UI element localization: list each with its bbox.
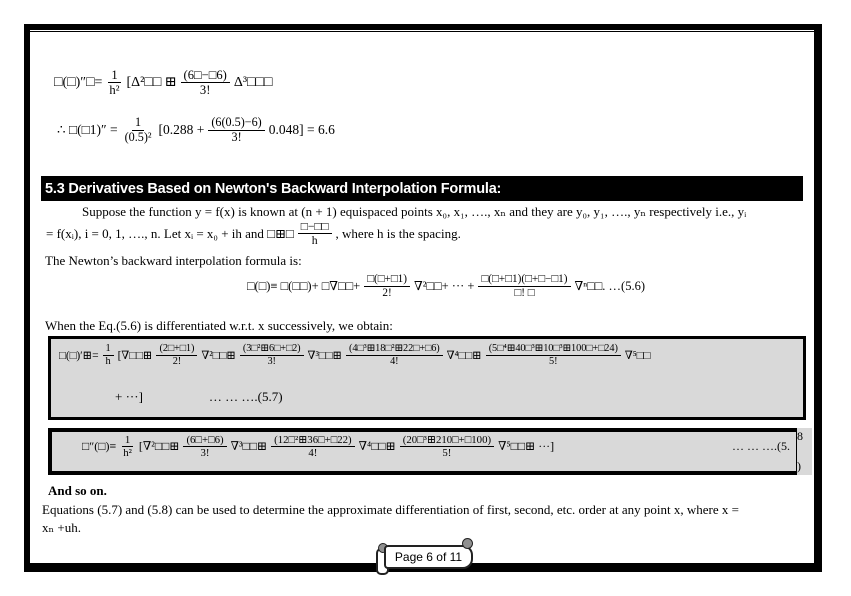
formula-segment: ∇⁴□□⊞ bbox=[357, 439, 398, 454]
formula-segment: □(□)″□= bbox=[52, 75, 104, 91]
overflow-paren: ) bbox=[797, 459, 812, 474]
formula-segment: Δ³□□□ bbox=[232, 75, 275, 91]
formula-segment: [Δ²□□ ⊞ bbox=[125, 74, 179, 91]
intro-line2-post: , where h is the spacing. bbox=[334, 226, 463, 242]
formula-segment: ∇⁵□□⊞ ···] bbox=[496, 439, 556, 454]
fraction: (6□−□6) 3! bbox=[181, 68, 230, 98]
differentiation-lead-in: When the Eq.(5.6) is differentiated w.r.… bbox=[45, 317, 393, 335]
fraction: (12□²⊞36□+□22) 4! bbox=[271, 434, 355, 460]
fraction: □−□□ h bbox=[298, 220, 332, 248]
overflow-digit: 8 bbox=[797, 429, 812, 444]
formula-segment: □(□)≡ □(□□)+ □∇□□+ bbox=[245, 278, 362, 294]
formula-segment: □″(□)≡ bbox=[80, 439, 118, 454]
closing-paragraph-line-2: xₙ +uh. bbox=[42, 519, 81, 537]
formula-numeric-result: ∴ □(□1)″ = 1 (0.5)² [0.288 + (6(0.5)−6) … bbox=[55, 116, 337, 145]
formula-segment: ∴ □(□1)″ = bbox=[55, 122, 120, 138]
closing-paragraph-line-1: Equations (5.7) and (5.8) can be used to… bbox=[42, 501, 739, 519]
formula-segment: ∇²□□⊞ bbox=[199, 348, 238, 362]
newton-formula-lead-in: The Newton’s backward interpolation form… bbox=[45, 252, 302, 270]
frame-inner-line bbox=[30, 31, 814, 32]
formula-segment: ∇⁵□□ bbox=[623, 348, 653, 362]
formula-5-8: □″(□)≡ 1 h² [∇²□□⊞ (6□+□6) 3! ∇³□□⊞ (12□… bbox=[80, 434, 792, 460]
and-so-on-label: And so on. bbox=[48, 482, 107, 500]
formula-segment: ∇⁴□□⊞ bbox=[445, 348, 484, 362]
intro-paragraph-line-1: Suppose the function y = f(x) is known a… bbox=[44, 203, 746, 221]
formula-segment: [∇²□□⊞ bbox=[137, 439, 182, 454]
document-page: { "headings": { "section_title": "5.3 De… bbox=[0, 0, 851, 596]
fraction: (6□+□6) 3! bbox=[183, 434, 226, 460]
intro-paragraph-line-2: = f(xᵢ), i = 0, 1, …., n. Let xᵢ = x₀ + … bbox=[44, 220, 463, 248]
formula-segment-with-number: ∇ⁿ□□. …(5.6) bbox=[573, 278, 647, 294]
fraction: (6(0.5)−6) 3! bbox=[208, 116, 264, 145]
formula-second-derivative-example: □(□)″□= 1 h² [Δ²□□ ⊞ (6□−□6) 3! Δ³□□□ bbox=[52, 68, 274, 98]
fraction: (20□³⊞210□+□100) 5! bbox=[400, 434, 494, 460]
fraction: (2□+□1) 2! bbox=[156, 343, 197, 368]
page-frame: □(□)″□= 1 h² [Δ²□□ ⊞ (6□−□6) 3! Δ³□□□ ∴ … bbox=[24, 24, 822, 572]
formula-segment: [∇□□⊞ bbox=[116, 348, 155, 362]
formula-continuation: + ···] bbox=[113, 389, 145, 405]
formula-segment: □(□)′⊞= bbox=[57, 348, 101, 362]
formula-segment: ∇³□□⊞ bbox=[306, 348, 345, 362]
fraction: 1 h² bbox=[106, 68, 122, 98]
section-header-bar: 5.3 Derivatives Based on Newton's Backwa… bbox=[41, 176, 803, 201]
formula-segment: ∇³□□⊞ bbox=[229, 439, 270, 454]
fraction: (4□³⊞18□²⊞22□+□6) 4! bbox=[346, 343, 443, 368]
formula-segment: [0.288 + bbox=[157, 122, 207, 138]
equation-number-overflow: 8 ) bbox=[797, 428, 812, 475]
formula-segment: ∇²□□+ ··· + bbox=[412, 278, 476, 294]
formula-segment: 0.048] = 6.6 bbox=[267, 122, 337, 138]
intro-line2-pre: = f(xᵢ), i = 0, 1, …., n. Let xᵢ = x₀ + … bbox=[44, 226, 296, 242]
fraction: 1 h² bbox=[120, 434, 135, 460]
formula-box-5-8: □″(□)≡ 1 h² [∇²□□⊞ (6□+□6) 3! ∇³□□⊞ (12□… bbox=[48, 428, 800, 475]
fraction: 1 h bbox=[103, 343, 114, 368]
equation-number-5-7: … … ….(5.7) bbox=[207, 389, 285, 405]
formula-5-7-line-2: + ···] … … ….(5.7) bbox=[113, 389, 285, 405]
page-label: Page 6 of 11 bbox=[395, 550, 462, 564]
formula-box-5-7: □(□)′⊞= 1 h [∇□□⊞ (2□+□1) 2! ∇²□□⊞ (3□²⊞… bbox=[48, 336, 806, 420]
page-number-scroll: Page 6 of 11 bbox=[376, 538, 476, 570]
fraction: (5□⁴⊞40□³⊞10□³⊞100□+□24) 5! bbox=[486, 343, 621, 368]
fraction: 1 (0.5)² bbox=[122, 116, 155, 145]
section-title: 5.3 Derivatives Based on Newton's Backwa… bbox=[41, 181, 501, 197]
formula-5-6: □(□)≡ □(□□)+ □∇□□+ □(□+□1) 2! ∇²□□+ ··· … bbox=[245, 273, 647, 300]
page-number-banner: Page 6 of 11 bbox=[384, 545, 473, 569]
formula-5-7-line-1: □(□)′⊞= 1 h [∇□□⊞ (2□+□1) 2! ∇²□□⊞ (3□²⊞… bbox=[57, 343, 652, 368]
fraction: □(□+□1) 2! bbox=[364, 273, 410, 300]
scroll-right-roll-icon bbox=[462, 538, 473, 549]
equation-number-5-8: … … ….(5. bbox=[730, 439, 792, 454]
fraction: □(□+□1)(□+□−□1) □! □ bbox=[478, 273, 570, 300]
fraction: (3□²⊞6□+□2) 3! bbox=[240, 343, 304, 368]
